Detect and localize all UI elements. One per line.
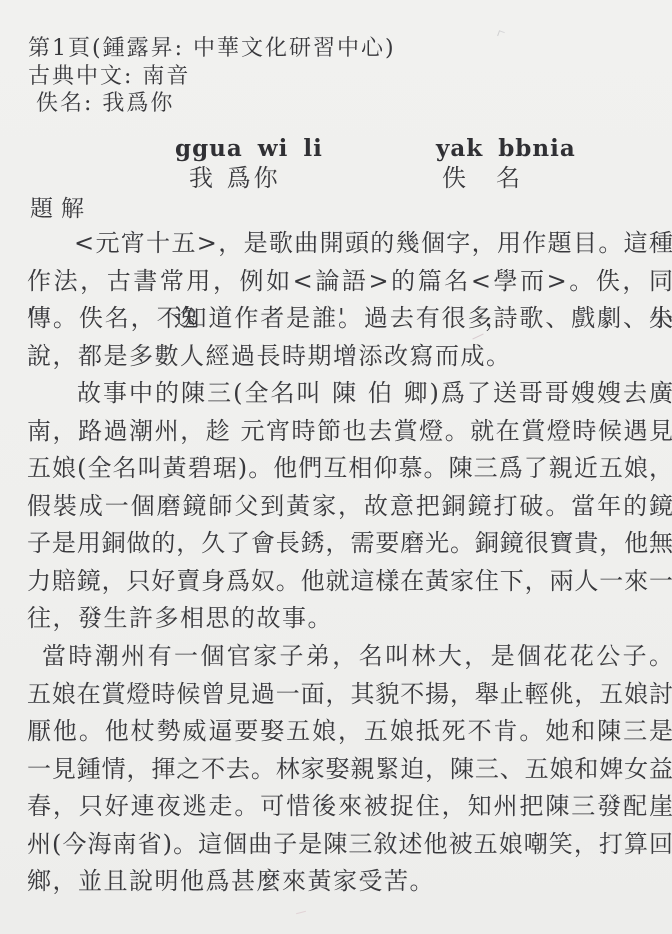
scan-artifact <box>497 30 505 38</box>
page-header-line2: 古典中文: 南音 <box>28 64 190 90</box>
text-line: 州(今海南省)。這個曲子是陳三敘述他被五娘嘲笑，打算回 <box>27 826 672 864</box>
page-header-line3: 佚名: 我爲你 <box>36 91 174 117</box>
song-title-hanzi: 我 爲你 <box>189 158 281 193</box>
text-line: 子是用銅做的，久了會長銹，需要磨光。銅鏡很寶貴，他無 <box>27 525 672 563</box>
text-line: 作法，古書常用，例如<論語>的篇名<學而>。佚，同 '逸'，失 <box>27 263 672 301</box>
text-line: 五娘(全名叫黃碧琚)。他們互相仰慕。陳三爲了親近五娘， <box>27 450 672 488</box>
author-hanzi: 佚 名 <box>442 158 523 193</box>
text-line: 南，路過潮州，趁 元宵時節也去賞燈。就在賞燈時候遇見 <box>27 413 672 451</box>
text-line: 厭他。他杖勢威逼要娶五娘，五娘抵死不肯。她和陳三是 <box>27 713 672 751</box>
text-line: 當時潮州有一個官家子弟，名叫林大，是個花花公子。 <box>27 638 672 676</box>
section-heading: 題解 <box>30 190 92 223</box>
text-line: <元宵十五>，是歌曲開頭的幾個字，用作題目。這種 <box>27 225 672 263</box>
text-line: 五娘在賞燈時候曾見過一面，其貌不揚，舉止輕佻，五娘討 <box>27 676 672 714</box>
body-text: <元宵十五>，是歌曲開頭的幾個字，用作題目。這種作法，古書常用，例如<論語>的篇… <box>27 225 672 901</box>
text-line: 春，只好連夜逃走。可惜後來被捉住，知州把陳三發配崖 <box>27 788 672 826</box>
page-header-line1: 第1頁(鍾露昇: 中華文化研習中心) <box>28 36 396 62</box>
text-line: 說，都是多數人經過長時期增添改寫而成。 <box>27 338 672 376</box>
text-line: 假裝成一個磨鏡師父到黃家，故意把銅鏡打破。當年的鏡 <box>27 488 672 526</box>
text-line: 一見鍾情，揮之不去。林家娶親緊迫，陳三、五娘和婢女益 <box>27 751 672 789</box>
scan-artifact <box>296 911 306 915</box>
text-line: 力賠鏡，只好賣身爲奴。他就這樣在黃家住下，兩人一來一 <box>27 563 672 601</box>
text-line: 鄉，並且說明他爲甚麼來黃家受苦。 <box>27 863 672 901</box>
scanned-document-page: 第1頁(鍾露昇: 中華文化研習中心) 古典中文: 南音 佚名: 我爲你 ggua… <box>0 0 672 934</box>
text-line: 故事中的陳三(全名叫 陳 伯 卿)爲了送哥哥嫂嫂去廣 <box>27 375 672 413</box>
text-line: 往，發生許多相思的故事。 <box>27 600 672 638</box>
text-line: 傳。佚名，不知道作者是誰。過去有很多詩歌、戲劇、小 <box>27 300 672 338</box>
